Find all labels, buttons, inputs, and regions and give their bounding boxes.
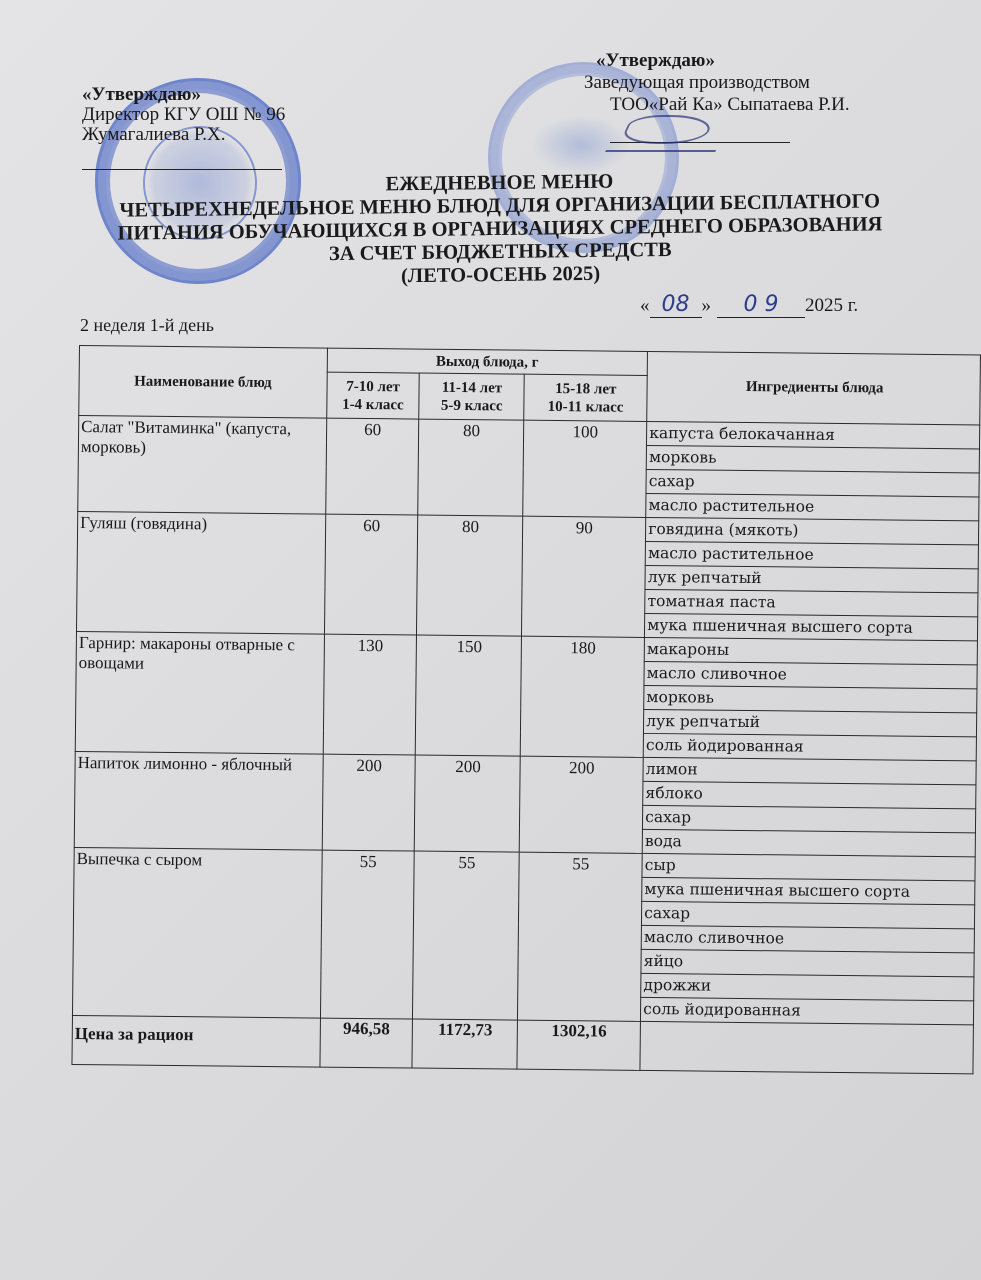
ingredient-cell: яйцо xyxy=(641,949,974,976)
price-value: 1302,16 xyxy=(517,1020,640,1070)
dish-output-cell: 90 xyxy=(522,516,646,637)
approval-position: Директор КГУ ОШ № 96 xyxy=(82,105,285,125)
menu-table: Наименование блюд Выход блюда, г Ингреди… xyxy=(71,345,980,1074)
dish-output-value: 60 xyxy=(327,419,419,441)
date-day: 08 xyxy=(662,292,690,317)
dish-name: Гарнир: макароны отварные с овощами xyxy=(79,632,324,676)
dish-output-cell: 200 xyxy=(520,756,644,853)
dish-output-value: 150 xyxy=(417,636,521,658)
document-date: «08»0 92025 г. xyxy=(640,292,858,318)
dish-output-cell: 150 xyxy=(416,635,522,756)
dish-output-value: 55 xyxy=(415,852,519,874)
ingredient-cell: мука пшеничная высшего сорта xyxy=(645,613,978,640)
price-value: 1172,73 xyxy=(412,1019,517,1069)
dish-name-cell: Выпечка с сыром xyxy=(72,847,321,1018)
dish-output-cell: 130 xyxy=(323,634,417,755)
ingredient-cell: томатная паста xyxy=(645,589,978,616)
dish-output-value: 60 xyxy=(326,515,418,537)
ingredient-cell: макароны xyxy=(644,637,977,664)
ingredient-cell: дрожжи xyxy=(641,973,974,1000)
header-age-group: 11-14 лет5-9 класс xyxy=(419,373,524,420)
dish-output-value: 55 xyxy=(520,853,642,875)
date-year: 2025 г. xyxy=(805,295,858,316)
date-month: 0 9 xyxy=(744,292,779,317)
dish-output-value: 200 xyxy=(416,756,520,778)
ingredient-cell: лук репчатый xyxy=(645,565,978,592)
dish-output-cell: 55 xyxy=(413,851,520,1020)
ingredient-cell: капуста белокачанная xyxy=(647,421,980,448)
week-day-label: 2 неделя 1-й день xyxy=(80,315,214,336)
ingredient-cell: вода xyxy=(642,829,975,856)
header-output: Выход блюда, г xyxy=(327,348,648,375)
approval-person: Жумагалиева Р.Х. xyxy=(82,125,285,145)
price-empty-cell xyxy=(640,1021,973,1073)
dish-name: Гуляш (говядина) xyxy=(80,512,325,536)
dish-output-value: 80 xyxy=(418,516,522,538)
dish-output-value: 130 xyxy=(324,635,416,657)
header-age-group: 15-18 лет10-11 класс xyxy=(524,374,647,421)
dish-name-cell: Напиток лимонно - яблочный xyxy=(74,751,323,850)
approval-position: Заведующая производством xyxy=(584,72,850,94)
dish-output-cell: 180 xyxy=(521,636,645,757)
dish-output-value: 90 xyxy=(523,517,645,539)
ingredient-cell: говядина (мякоть) xyxy=(646,517,979,544)
ingredient-cell: лук репчатый xyxy=(644,709,977,736)
ingredient-cell: сыр xyxy=(642,853,975,880)
signature-line xyxy=(82,169,282,170)
dish-name: Салат "Витаминка" (капуста, морковь) xyxy=(81,416,326,460)
approval-title: «Утверждаю» xyxy=(82,85,285,105)
ingredient-cell: масло растительное xyxy=(646,493,979,520)
dish-name: Выпечка с сыром xyxy=(77,848,322,872)
dish-name-cell: Салат "Витаминка" (капуста, морковь) xyxy=(78,416,327,515)
price-row: Цена за рацион946,581172,731302,16 xyxy=(72,1015,973,1073)
ingredient-cell: сахар xyxy=(646,469,979,496)
price-value: 946,58 xyxy=(320,1018,413,1068)
header-ingredients: Ингредиенты блюда xyxy=(647,351,981,424)
dish-name-cell: Гуляш (говядина) xyxy=(76,511,325,634)
dish-output-cell: 55 xyxy=(518,852,643,1021)
date-quote-close: » xyxy=(702,295,712,316)
dish-name-cell: Гарнир: макароны отварные с овощами xyxy=(75,631,324,754)
menu-table-body: Салат "Витаминка" (капуста, морковь)6080… xyxy=(72,416,980,1074)
dish-output-cell: 60 xyxy=(324,514,418,635)
approval-block-director: «Утверждаю» Директор КГУ ОШ № 96 Жумагал… xyxy=(82,85,285,145)
ingredient-cell: сахар xyxy=(643,805,976,832)
dish-output-cell: 200 xyxy=(322,754,416,851)
dish-output-cell: 80 xyxy=(418,419,524,516)
ingredient-cell: яблоко xyxy=(643,781,976,808)
dish-output-cell: 55 xyxy=(320,850,415,1019)
dish-output-value: 200 xyxy=(521,757,643,779)
ingredient-cell: масло сливочное xyxy=(644,661,977,688)
ingredient-cell: мука пшеничная высшего сорта xyxy=(642,877,975,904)
dish-output-value: 180 xyxy=(522,637,644,659)
ingredient-cell: сахар xyxy=(642,901,975,928)
dish-output-cell: 80 xyxy=(417,515,523,636)
document-titles: ЕЖЕДНЕВНОЕ МЕНЮ ЧЕТЫРЕХНЕДЕЛЬНОЕ МЕНЮ БЛ… xyxy=(79,167,920,292)
ingredient-cell: соль йодированная xyxy=(643,733,976,760)
ingredient-cell: соль йодированная xyxy=(641,997,974,1024)
header-dish-name: Наименование блюд xyxy=(79,346,327,419)
handwritten-signature xyxy=(605,110,735,152)
dish-output-cell: 60 xyxy=(325,418,419,515)
approval-block-production: «Утверждаю» Заведующая производством ТОО… xyxy=(584,50,850,116)
dish-name: Напиток лимонно - яблочный xyxy=(78,752,323,776)
menu-table-wrapper: Наименование блюд Выход блюда, г Ингреди… xyxy=(71,345,980,1074)
dish-output-value: 80 xyxy=(419,420,523,442)
ingredient-cell: лимон xyxy=(643,757,976,784)
ingredient-cell: масло сливочное xyxy=(641,925,974,952)
approval-title: «Утверждаю» xyxy=(596,50,850,72)
date-quote-open: « xyxy=(640,295,650,316)
menu-document-page: «Утверждаю» Директор КГУ ОШ № 96 Жумагал… xyxy=(0,0,981,1280)
header-age-group: 7-10 лет1-4 класс xyxy=(326,372,419,419)
ingredient-cell: морковь xyxy=(646,445,979,472)
dish-output-cell: 100 xyxy=(523,420,647,517)
dish-output-value: 55 xyxy=(322,851,414,873)
price-label: Цена за рацион xyxy=(72,1015,320,1067)
dish-output-value: 100 xyxy=(524,421,646,443)
ingredient-cell: морковь xyxy=(644,685,977,712)
dish-output-cell: 200 xyxy=(415,755,521,852)
dish-output-value: 200 xyxy=(323,755,415,777)
ingredient-cell: масло растительное xyxy=(645,541,978,568)
